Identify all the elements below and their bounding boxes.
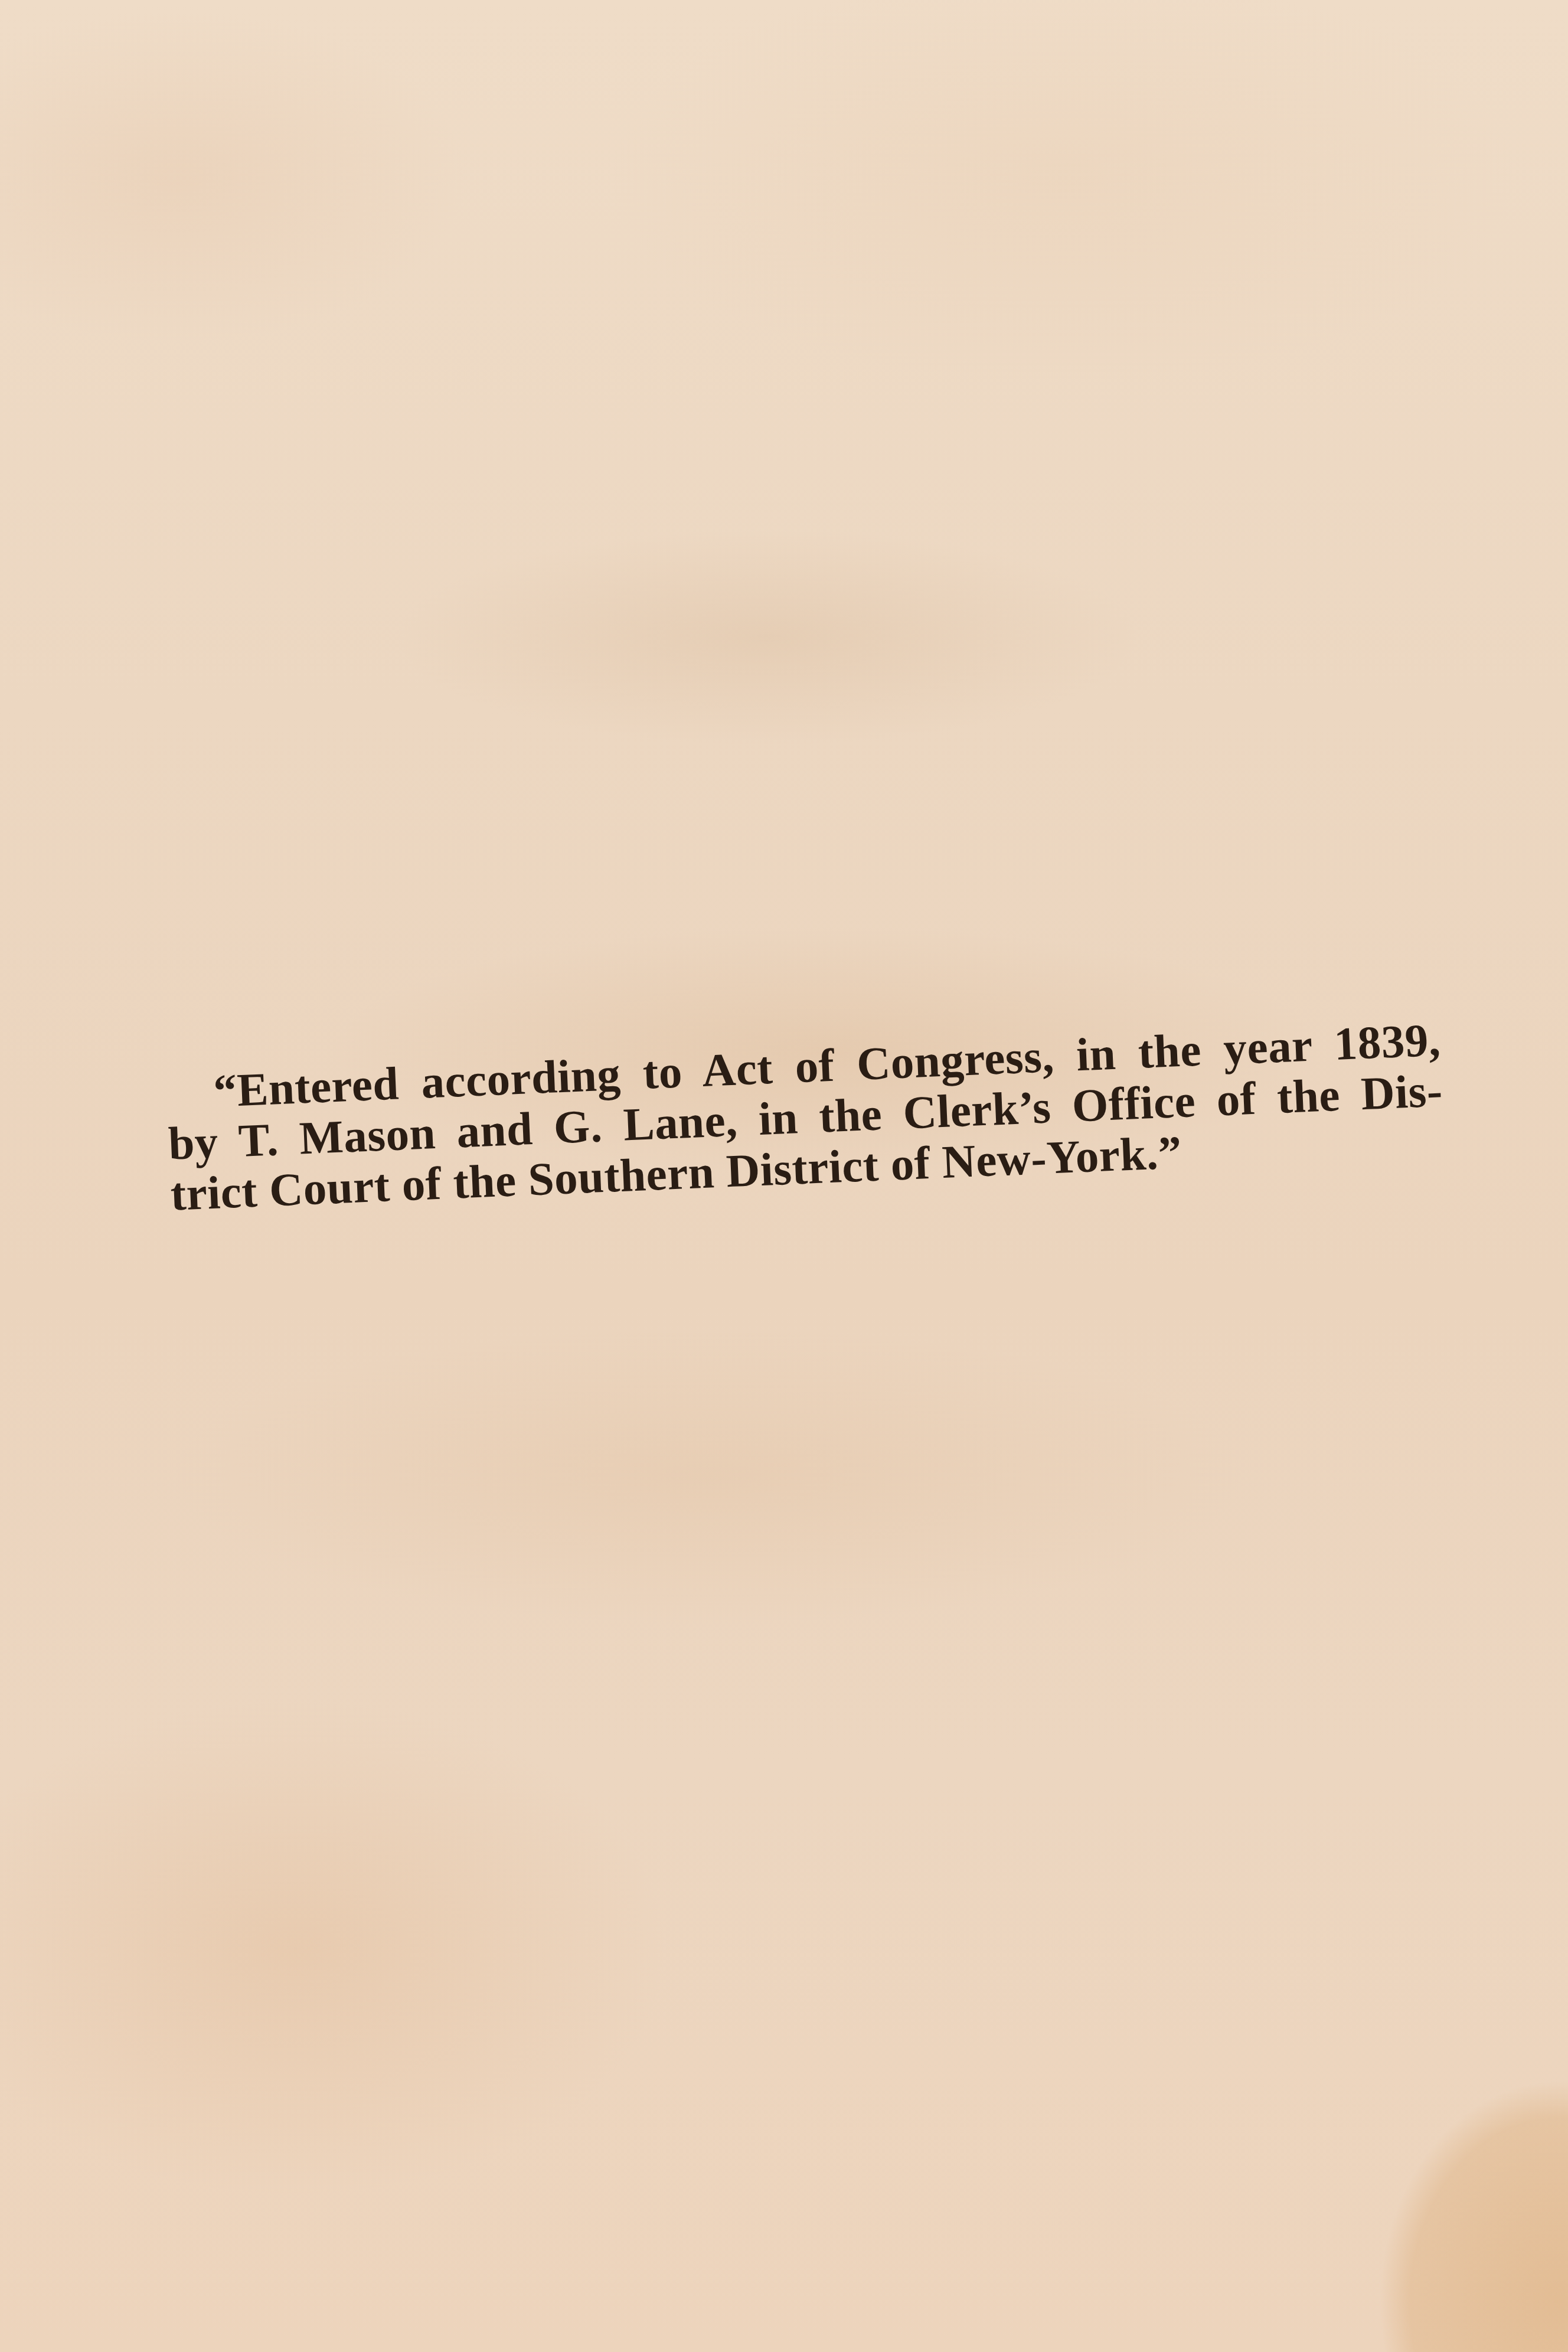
copyright-imprint: “Entered according to Act of Congress, i… — [165, 1015, 1446, 1221]
book-page: “Entered according to Act of Congress, i… — [0, 0, 1568, 2352]
